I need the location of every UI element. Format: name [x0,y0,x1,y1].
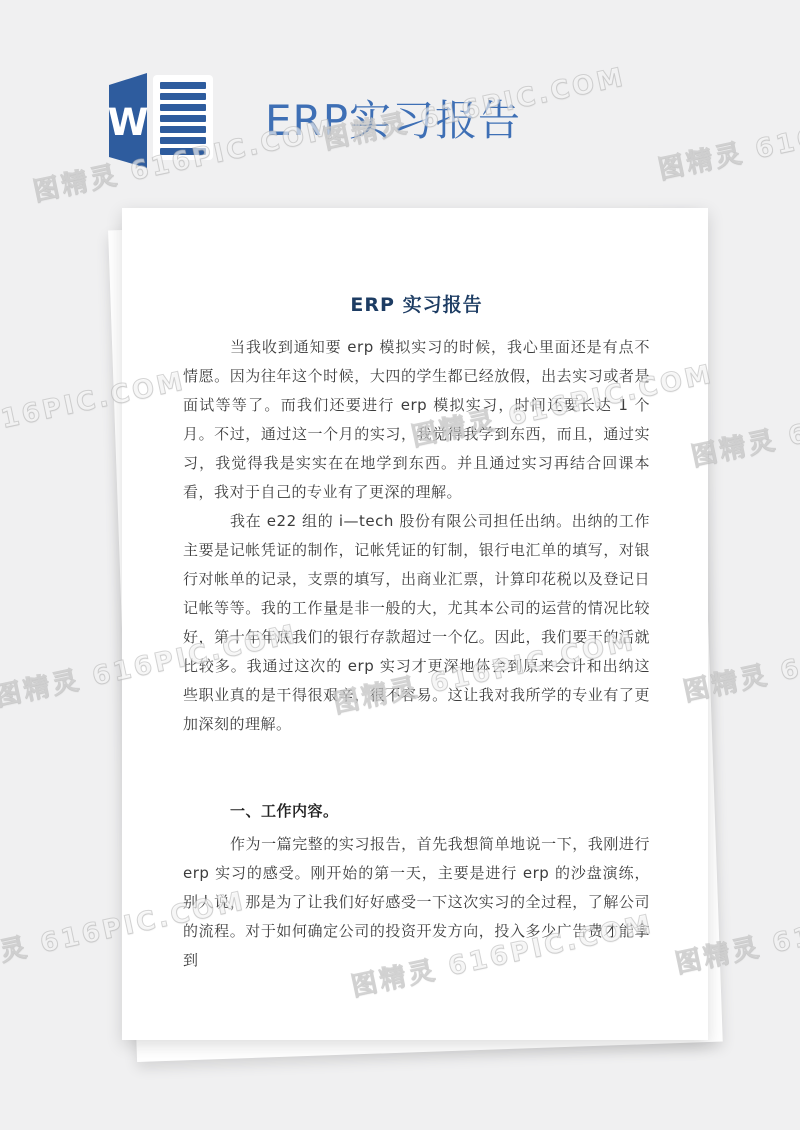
paragraph-2: 我在 e22 组的 i—tech 股份有限公司担任出纳。出纳的工作主要是记帐凭证… [183,507,650,739]
document-title: ERP 实习报告 [183,293,650,317]
word-logo-icon: W [107,72,219,169]
section-heading: 一、工作内容。 [183,797,650,826]
word-logo-letter: W [108,101,149,144]
header: W ERP实习报告 [107,72,521,169]
paragraph-3: 作为一篇完整的实习报告，首先我想简单地说一下，我刚进行 erp 实习的感受。刚开… [183,830,650,975]
template-preview-page: W ERP实习报告 ERP 实习报告 当我收到通知要 erp 模拟实习的时候，我… [0,0,800,1130]
document-page: ERP 实习报告 当我收到通知要 erp 模拟实习的时候，我心里面还是有点不情愿… [122,208,708,1040]
watermark-text: 图精灵 616PIC.COM [655,86,800,186]
paragraph-1: 当我收到通知要 erp 模拟实习的时候，我心里面还是有点不情愿。因为往年这个时候… [183,333,650,507]
template-title: ERP实习报告 [265,100,521,142]
